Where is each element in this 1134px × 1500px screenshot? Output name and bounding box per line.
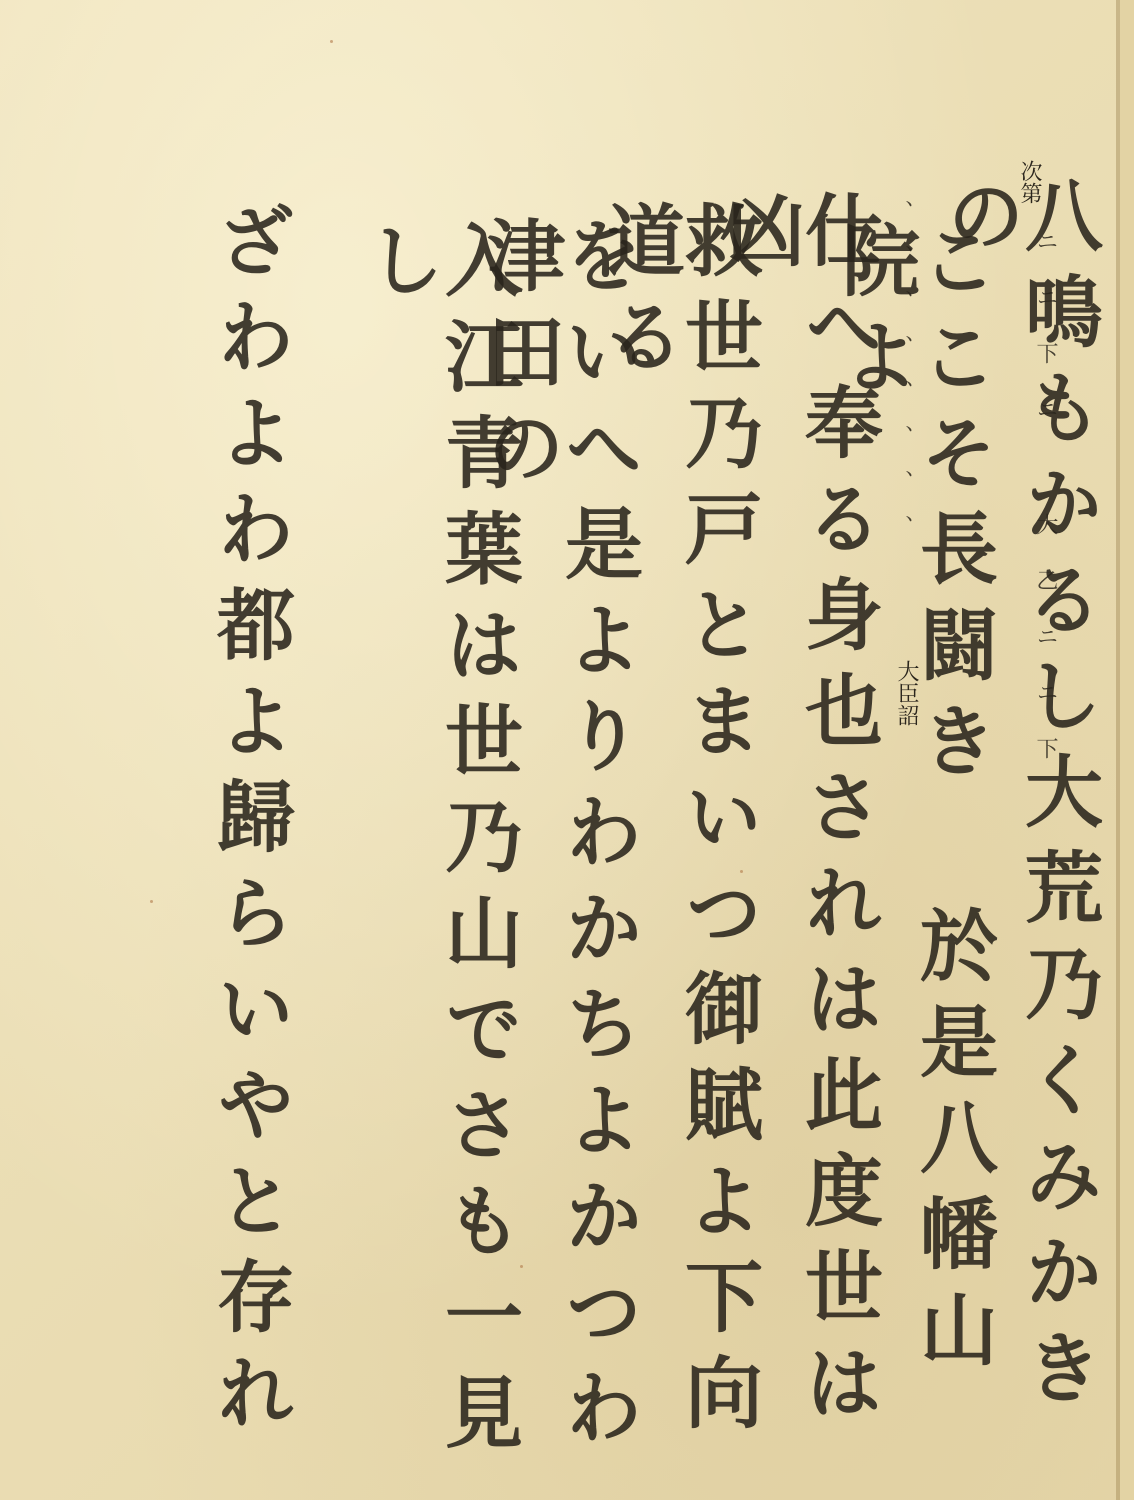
text-column-7: ざわよわ都よ歸らいやと存れ: [210, 200, 288, 1450]
manuscript-page: 次第 ニニ下ニ 大乙ニニ下 八鳴もかるし大荒乃くみかきの 、、、、、、、、 ここ…: [0, 0, 1134, 1500]
marginal-note: 大臣詔: [895, 660, 917, 726]
paper-speck: [330, 40, 333, 43]
paper-speck: [150, 900, 153, 903]
binding-line: [1116, 0, 1120, 1500]
paper-speck: [520, 1265, 523, 1268]
page-edge: [1120, 0, 1134, 1500]
text-column-6: 入江青葉は世乃山でさも一見し: [360, 220, 516, 1470]
paper-speck: [740, 870, 743, 873]
